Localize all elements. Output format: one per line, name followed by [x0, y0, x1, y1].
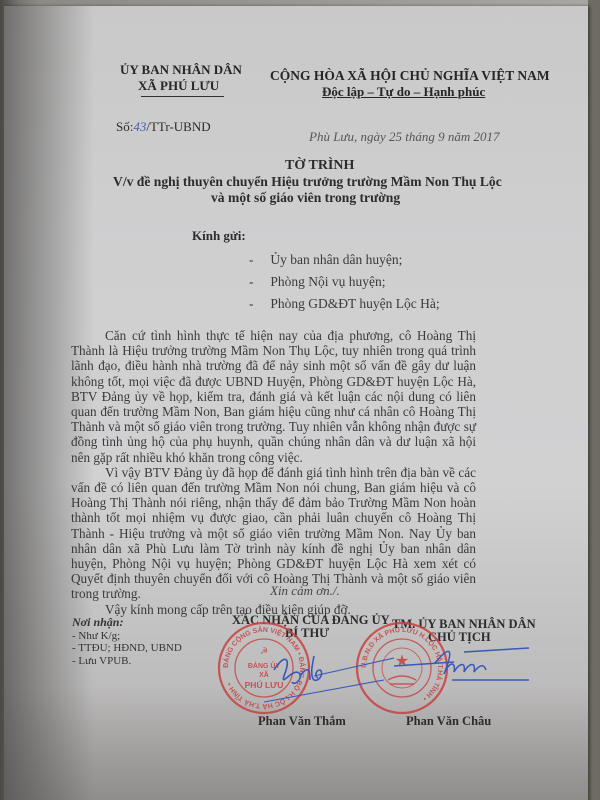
body-text: Căn cứ tình hình thực tế hiện nay của đị… — [71, 328, 476, 617]
document-subject-line1: V/v đề nghị thuyên chuyển Hiệu trưởng tr… — [113, 174, 502, 190]
document-page: ỦY BAN NHÂN DÂN XÃ PHÚ LƯU Số:43/TTr-UBN… — [4, 6, 588, 800]
party-signature-icon — [254, 646, 394, 706]
document-title: TỜ TRÌNH — [285, 158, 354, 174]
header-left-underline — [141, 96, 224, 97]
background-edge — [588, 0, 600, 800]
document-subject-line2: và một số giáo viên trong trường — [211, 190, 400, 206]
closing-thanks: Xin cảm ơn./. — [270, 583, 340, 599]
recipients-block: Nơi nhận: - Như K/g; - TTĐU; HĐND, UBND … — [72, 616, 182, 667]
document-number: Số:43/TTr-UBND — [116, 119, 211, 135]
national-title: CỘNG HÒA XÃ HỘI CHỦ NGHĨA VIỆT NAM — [270, 68, 550, 84]
body-paragraph: Căn cứ tình hình thực tế hiện nay của đị… — [71, 328, 476, 465]
addressee-item: - Ủy ban nhân dân huyện; — [249, 252, 402, 268]
body-paragraph: Vì vậy BTV Đảng ủy đã họp để đánh giá tì… — [71, 465, 476, 602]
national-motto: Độc lập – Tự do – Hạnh phúc — [322, 84, 485, 100]
committee-signer-name: Phan Văn Châu — [406, 714, 491, 729]
addressee-item: - Phòng Nội vụ huyện; — [249, 274, 386, 290]
addressee-text: Phòng GD&ĐT huyện Lộc Hà; — [270, 296, 439, 311]
recipients-label: Nơi nhận: — [72, 616, 182, 629]
addressee-text: Ủy ban nhân dân huyện; — [270, 252, 402, 267]
recipient-item: - TTĐU; HĐND, UBND — [72, 642, 182, 655]
addressee-label: Kính gửi: — [192, 228, 246, 244]
committee-signature-icon — [394, 644, 554, 694]
doc-number-suffix: /TTr-UBND — [146, 119, 210, 134]
recipient-item: - Như K/g; — [72, 630, 182, 643]
recipient-item: - Lưu VPUB. — [72, 655, 182, 668]
addressee-text: Phòng Nội vụ huyện; — [270, 274, 385, 289]
party-signer-name: Phan Văn Thắm — [258, 714, 346, 729]
addressee-item: - Phòng GD&ĐT huyện Lộc Hà; — [249, 296, 440, 312]
doc-number-prefix: Số: — [116, 119, 133, 134]
commune-name: XÃ PHÚ LƯU — [138, 78, 219, 94]
place-date: Phù Lưu, ngày 25 tháng 9 năm 2017 — [309, 129, 500, 145]
agency-name: ỦY BAN NHÂN DÂN — [120, 62, 242, 78]
doc-number-handwritten: 43 — [133, 119, 146, 134]
